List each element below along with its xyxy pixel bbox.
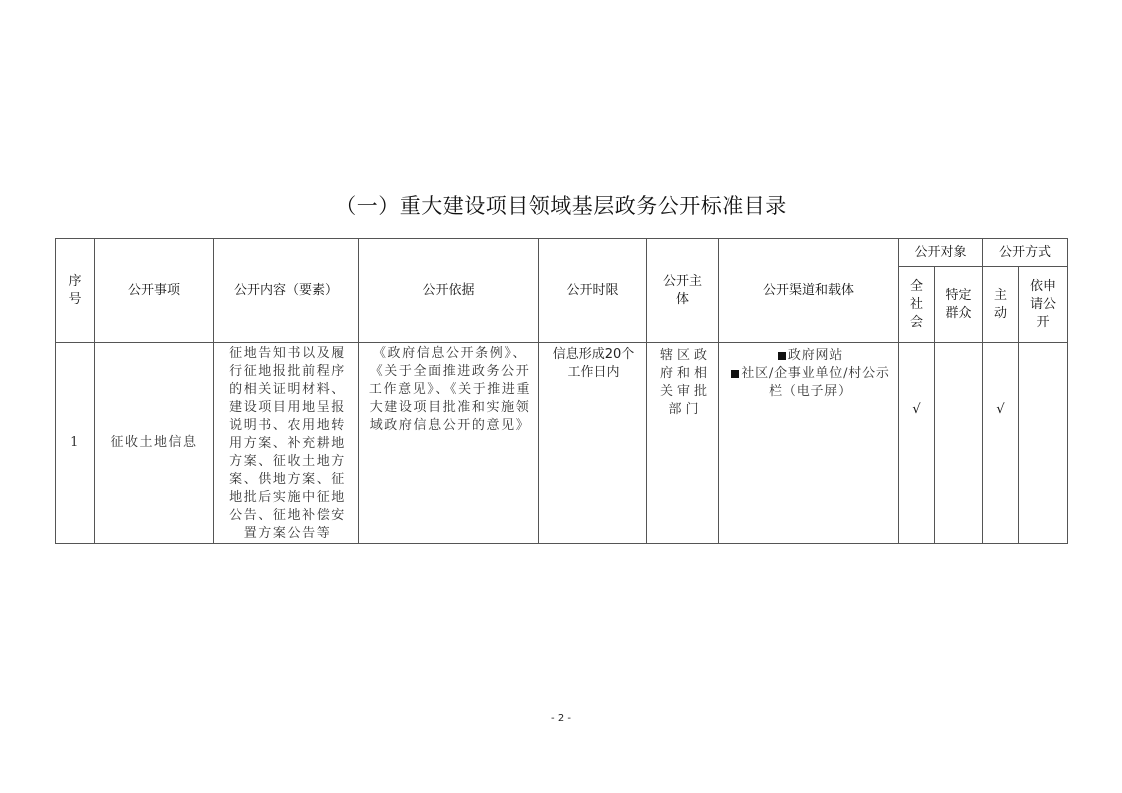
header-row-1: 序号 公开事项 公开内容（要素） 公开依据 公开时限 公开主体 公开渠道和载体 … — [56, 239, 1068, 267]
catalog-table: 序号 公开事项 公开内容（要素） 公开依据 公开时限 公开主体 公开渠道和载体 … — [55, 238, 1068, 544]
table-row: 1 征收土地信息 征地告知书以及履行征地报批前程序的相关证明材料、建设项目用地呈… — [56, 343, 1068, 544]
row-channels: 政府网站 社区/企事业单位/村公示栏（电子屏） — [719, 343, 899, 544]
square-bullet-icon — [778, 352, 786, 360]
header-index: 序号 — [56, 239, 95, 343]
row-item: 征收土地信息 — [95, 343, 214, 544]
square-bullet-icon — [731, 370, 739, 378]
header-channel: 公开渠道和载体 — [719, 239, 899, 343]
header-method-on-request: 依申请公开 — [1019, 267, 1068, 343]
row-index: 1 — [56, 343, 95, 544]
header-subject: 公开主体 — [647, 239, 719, 343]
channel-item: 社区/企事业单位/村公示栏（电子屏） — [727, 365, 894, 401]
header-audience-group: 公开对象 — [899, 239, 983, 267]
row-audience-specific-check — [935, 343, 983, 544]
header-time-limit: 公开时限 — [539, 239, 647, 343]
channel-item: 政府网站 — [727, 347, 894, 365]
header-audience-specific: 特定群众 — [935, 267, 983, 343]
header-method-active: 主动 — [983, 267, 1019, 343]
header-audience-all: 全社会 — [899, 267, 935, 343]
row-basis: 《政府信息公开条例》、《关于全面推进政务公开工作意见》、《关于推进重大建设项目批… — [359, 343, 539, 544]
row-method-on-request-check — [1019, 343, 1068, 544]
header-basis: 公开依据 — [359, 239, 539, 343]
row-content: 征地告知书以及履行征地报批前程序的相关证明材料、建设项目用地呈报说明书、农用地转… — [214, 343, 359, 544]
header-item: 公开事项 — [95, 239, 214, 343]
header-method-group: 公开方式 — [983, 239, 1068, 267]
page-number: - 2 - — [0, 713, 1122, 724]
row-subject: 辖区政府和相关审批部门 — [647, 343, 719, 544]
document-title: （一）重大建设项目领域基层政务公开标准目录 — [0, 190, 1122, 220]
row-audience-all-check: √ — [899, 343, 935, 544]
row-time-limit: 信息形成20个工作日内 — [539, 343, 647, 544]
header-content: 公开内容（要素） — [214, 239, 359, 343]
row-method-active-check: √ — [983, 343, 1019, 544]
